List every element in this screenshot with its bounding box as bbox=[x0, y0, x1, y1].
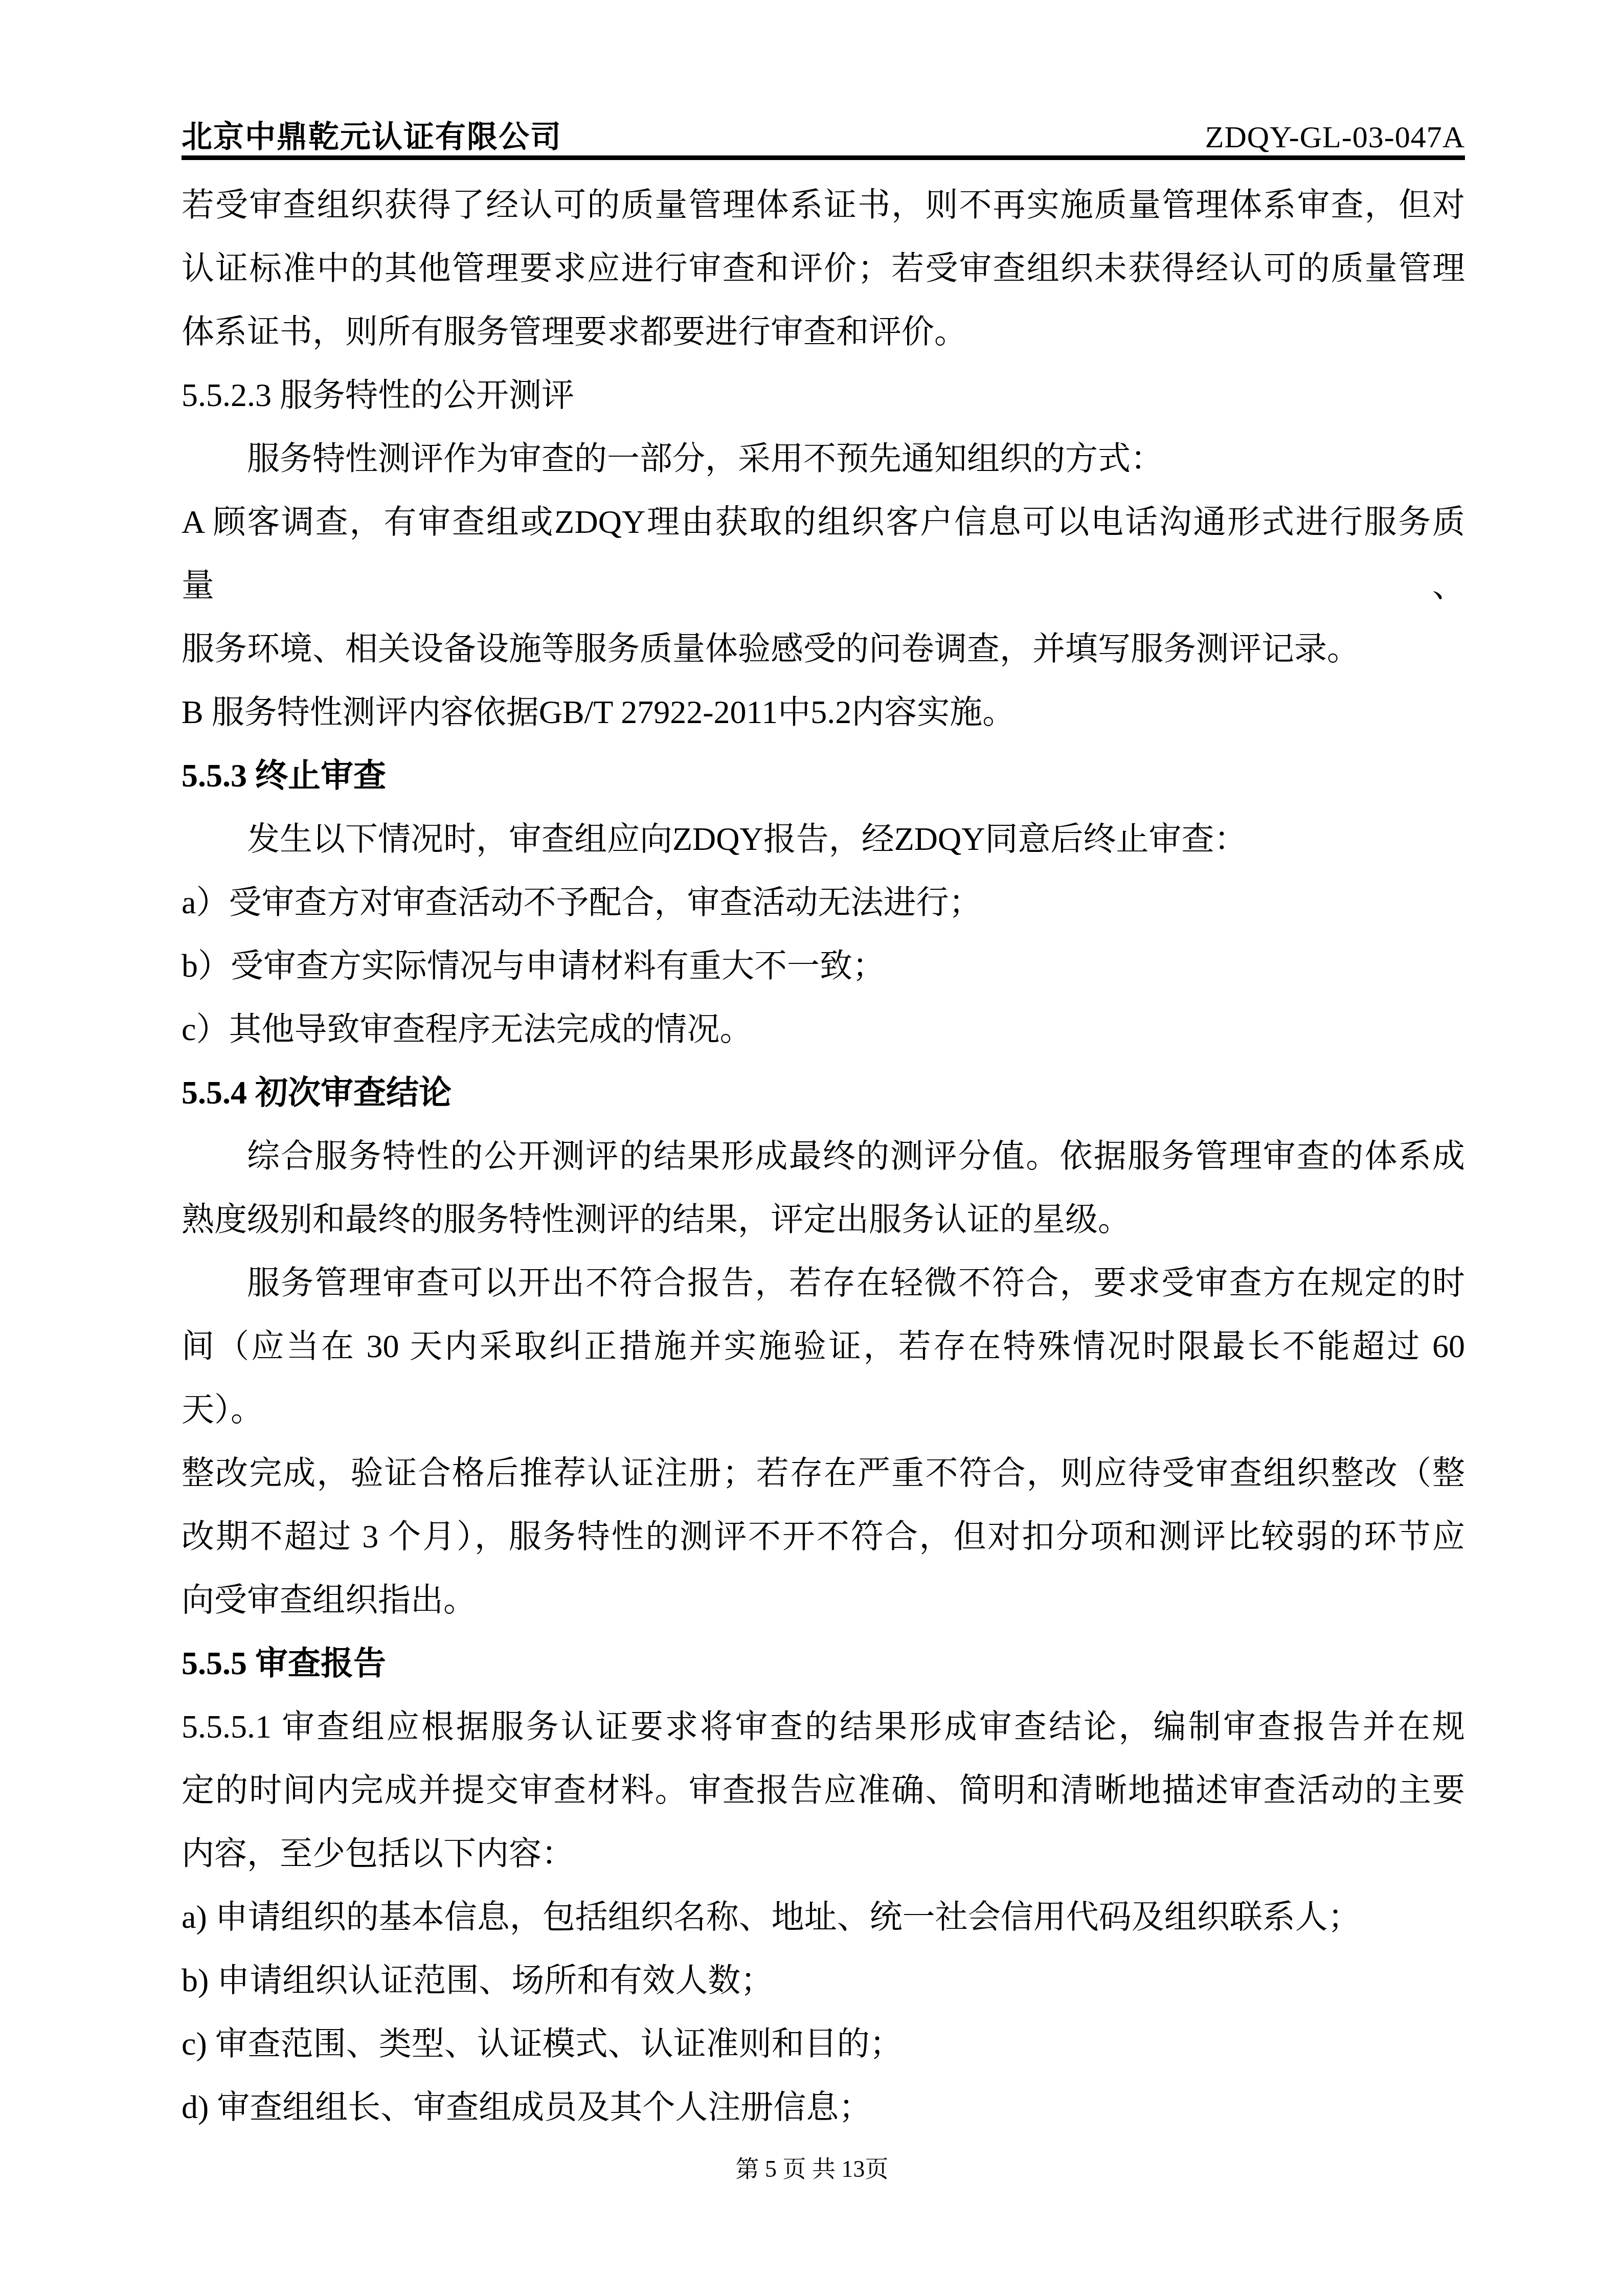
text-line: 若受审查组织获得了经认可的质量管理体系证书，则不再实施质量管理体系审查，但对 bbox=[182, 173, 1465, 237]
text-line: 服务环境、相关设备设施等服务质量体验感受的问卷调查，并填写服务测评记录。 bbox=[182, 617, 1465, 681]
text-line: c) 审查范围、类型、认证模式、认证准则和目的； bbox=[182, 2012, 1465, 2076]
heading-5-5-5: 5.5.5 审查报告 bbox=[182, 1632, 1465, 1695]
list-item-c: c）其他导致审查程序无法完成的情况。 bbox=[182, 998, 1465, 1061]
text-line: b）受审查方实际情况与申请材料有重大不一致； bbox=[182, 934, 1465, 998]
paragraph: 若受审查组织获得了经认可的质量管理体系证书，则不再实施质量管理体系审查，但对 认… bbox=[182, 173, 1465, 364]
text-line: 服务管理审查可以开出不符合报告，若存在轻微不符合，要求受审查方在规定的时 bbox=[182, 1251, 1465, 1315]
sub-heading-5-5-2-3: 5.5.2.3 服务特性的公开测评 bbox=[182, 364, 1465, 427]
text-line: 5.5.2.3 服务特性的公开测评 bbox=[182, 364, 1465, 427]
heading-5-5-4: 5.5.4 初次审查结论 bbox=[182, 1061, 1465, 1124]
paragraph: 服务管理审查可以开出不符合报告，若存在轻微不符合，要求受审查方在规定的时 间（应… bbox=[182, 1251, 1465, 1442]
list-item-a2: a) 申请组织的基本信息，包括组织名称、地址、统一社会信用代码及组织联系人； bbox=[182, 1885, 1465, 1949]
text-line: 5.5.5.1 审查组应根据服务认证要求将审查的结果形成审查结论，编制审查报告并… bbox=[182, 1695, 1465, 1759]
page-footer: 第 5 页 共 13页 bbox=[0, 2154, 1624, 2185]
list-item-d2: d) 审查组组长、审查组成员及其个人注册信息； bbox=[182, 2076, 1465, 2139]
text-line: 体系证书，则所有服务管理要求都要进行审查和评价。 bbox=[182, 300, 1465, 364]
page-header: 北京中鼎乾元认证有限公司 ZDQY-GL-03-047A bbox=[182, 0, 1465, 160]
list-item-b2: b) 申请组织认证范围、场所和有效人数； bbox=[182, 1949, 1465, 2012]
paragraph: 发生以下情况时，审查组应向ZDQY报告，经ZDQY同意后终止审查： bbox=[182, 807, 1465, 871]
paragraph: 综合服务特性的公开测评的结果形成最终的测评分值。依据服务管理审查的体系成 熟度级… bbox=[182, 1124, 1465, 1251]
text-line: 发生以下情况时，审查组应向ZDQY报告，经ZDQY同意后终止审查： bbox=[182, 807, 1465, 871]
text-line: c）其他导致审查程序无法完成的情况。 bbox=[182, 998, 1465, 1061]
heading-line: 5.5.3 终止审查 bbox=[182, 744, 1465, 807]
heading-line: 5.5.4 初次审查结论 bbox=[182, 1061, 1465, 1124]
text-line: 改期不超过 3 个月），服务特性的测评不开不符合，但对扣分项和测评比较弱的环节应 bbox=[182, 1505, 1465, 1568]
text-line: 认证标准中的其他管理要求应进行审查和评价；若受审查组织未获得经认可的质量管理 bbox=[182, 237, 1465, 300]
company-name: 北京中鼎乾元认证有限公司 bbox=[182, 122, 562, 152]
text-line: 向受审查组织指出。 bbox=[182, 1568, 1465, 1632]
text-line: 内容，至少包括以下内容： bbox=[182, 1822, 1465, 1885]
document-page: 北京中鼎乾元认证有限公司 ZDQY-GL-03-047A 若受审查组织获得了经认… bbox=[0, 0, 1624, 2296]
list-item-a: a）受审查方对审查活动不予配合，审查活动无法进行； bbox=[182, 871, 1465, 934]
text-line: 服务特性测评作为审查的一部分，采用不预先通知组织的方式： bbox=[182, 427, 1465, 490]
paragraph: A 顾客调查，有审查组或ZDQY理由获取的组织客户信息可以电话沟通形式进行服务质… bbox=[182, 490, 1465, 681]
paragraph: 整改完成，验证合格后推荐认证注册；若存在严重不符合，则应待受审查组织整改（整 改… bbox=[182, 1442, 1465, 1632]
text-line: 整改完成，验证合格后推荐认证注册；若存在严重不符合，则应待受审查组织整改（整 bbox=[182, 1442, 1465, 1505]
paragraph: 5.5.5.1 审查组应根据服务认证要求将审查的结果形成审查结论，编制审查报告并… bbox=[182, 1695, 1465, 1885]
text-line: 定的时间内完成并提交审查材料。审查报告应准确、简明和清晰地描述审查活动的主要 bbox=[182, 1759, 1465, 1822]
text-line: d) 审查组组长、审查组成员及其个人注册信息； bbox=[182, 2076, 1465, 2139]
list-item-b: b）受审查方实际情况与申请材料有重大不一致； bbox=[182, 934, 1465, 998]
heading-5-5-3: 5.5.3 终止审查 bbox=[182, 744, 1465, 807]
text-line: a) 申请组织的基本信息，包括组织名称、地址、统一社会信用代码及组织联系人； bbox=[182, 1885, 1465, 1949]
paragraph: B 服务特性测评内容依据GB/T 27922-2011中5.2内容实施。 bbox=[182, 681, 1465, 744]
text-line: 综合服务特性的公开测评的结果形成最终的测评分值。依据服务管理审查的体系成 bbox=[182, 1124, 1465, 1188]
text-line: b) 申请组织认证范围、场所和有效人数； bbox=[182, 1949, 1465, 2012]
text-line: a）受审查方对审查活动不予配合，审查活动无法进行； bbox=[182, 871, 1465, 934]
heading-line: 5.5.5 审查报告 bbox=[182, 1632, 1465, 1695]
list-item-c2: c) 审查范围、类型、认证模式、认证准则和目的； bbox=[182, 2012, 1465, 2076]
text-line: A 顾客调查，有审查组或ZDQY理由获取的组织客户信息可以电话沟通形式进行服务质… bbox=[182, 490, 1465, 617]
text-line: 间（应当在 30 天内采取纠正措施并实施验证，若存在特殊情况时限最长不能超过 6… bbox=[182, 1315, 1465, 1378]
document-number: ZDQY-GL-03-047A bbox=[1205, 122, 1465, 152]
document-body: 若受审查组织获得了经认可的质量管理体系证书，则不再实施质量管理体系审查，但对 认… bbox=[182, 173, 1465, 2139]
text-line: 天）。 bbox=[182, 1378, 1465, 1442]
text-line: 熟度级别和最终的服务特性测评的结果，评定出服务认证的星级。 bbox=[182, 1188, 1465, 1251]
paragraph: 服务特性测评作为审查的一部分，采用不预先通知组织的方式： bbox=[182, 427, 1465, 490]
text-line: B 服务特性测评内容依据GB/T 27922-2011中5.2内容实施。 bbox=[182, 681, 1465, 744]
page-number: 第 5 页 共 13页 bbox=[736, 2156, 889, 2182]
